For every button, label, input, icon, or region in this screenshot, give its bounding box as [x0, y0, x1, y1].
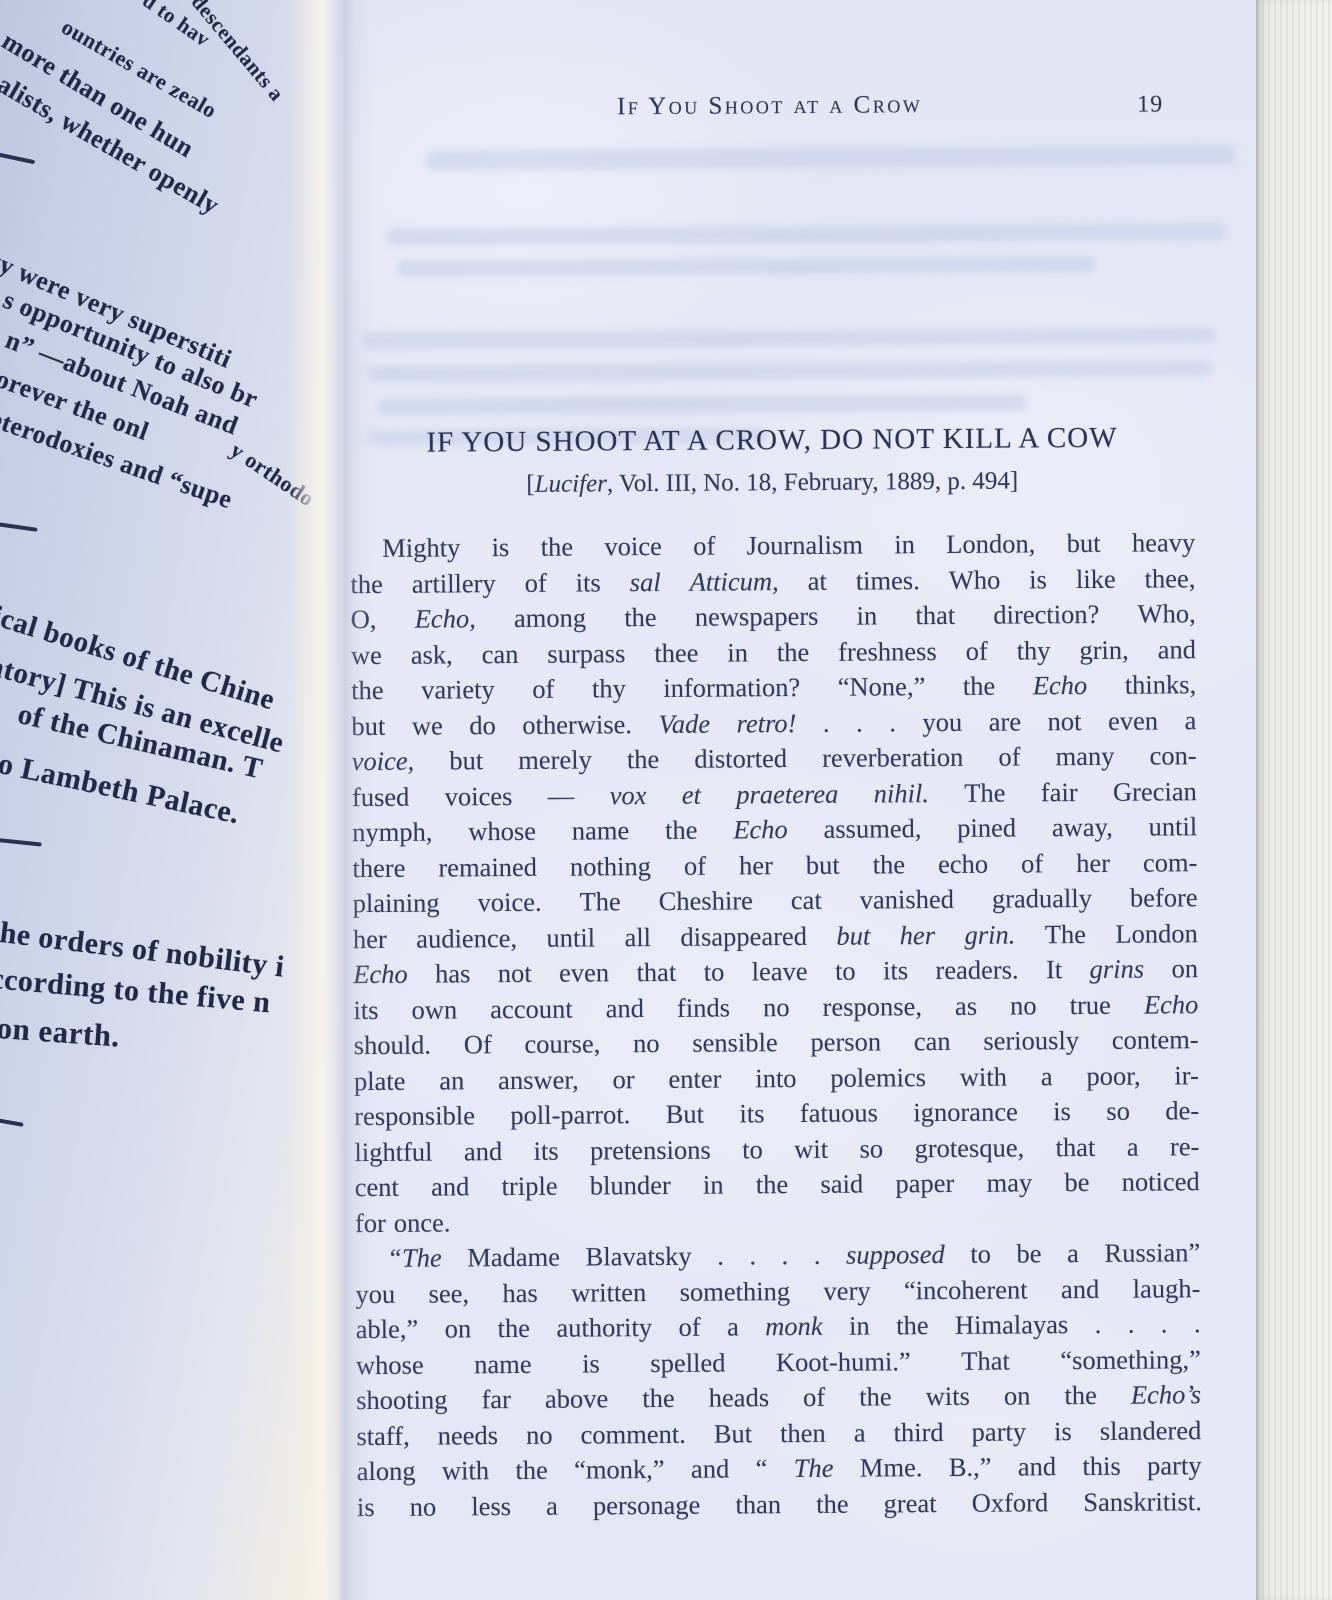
body-line: fusedvoices—voxetpraetereanihil.ThefairG… — [352, 774, 1197, 815]
body-line: weask,cansurpasstheeinthefreshnessofthyg… — [351, 632, 1196, 673]
article-title: IF YOU SHOOT AT A CROW, DO NOT KILL A CO… — [349, 421, 1194, 460]
body-line: foronce. — [355, 1200, 1200, 1241]
body-line: theartilleryofitssalAtticum,attimes.Whoi… — [350, 561, 1195, 602]
article-citation: [Lucifer, Vol. III, No. 18, February, 18… — [350, 466, 1195, 500]
right-page: If You Shoot at a Crow 19 IF YOU SHOOT A… — [340, 0, 1256, 1600]
left-page-rule — [0, 152, 35, 164]
body-line: thereremainednothingofherbuttheechoofher… — [352, 845, 1197, 886]
ghost-line — [377, 394, 1027, 415]
page-number: 19 — [1137, 91, 1163, 118]
body-line: should.Ofcourse,nosensiblepersoncanserio… — [354, 1022, 1199, 1063]
body-line: O,Echo,amongthenewspapersinthatdirection… — [351, 596, 1196, 637]
running-head: If You Shoot at a Crow — [347, 89, 1192, 123]
body-line: voice,butmerelythedistortedreverberation… — [352, 738, 1197, 779]
ghost-line — [367, 360, 1212, 382]
ghost-line — [362, 327, 1217, 349]
left-page-text-fragment: y orthodo — [225, 437, 319, 512]
body-line: butwedootherwise.Vaderetro!...youarenote… — [351, 703, 1196, 744]
body-line: able,”ontheauthorityofamonkintheHimalaya… — [356, 1306, 1201, 1347]
right-page-content: If You Shoot at a Crow 19 IF YOU SHOOT A… — [340, 0, 1256, 1600]
body-line: nymph,whosenametheEchoassumed,pinedaway,… — [352, 809, 1197, 850]
ghost-line — [425, 145, 1235, 171]
book-photo: d to havdescendants aountries are zealom… — [0, 0, 1332, 1600]
body-line: centandtripleblunderinthesaidpapermayben… — [355, 1164, 1200, 1205]
body-line: isnolessapersonagethanthegreatOxfordSans… — [357, 1484, 1202, 1525]
body-line: alongwiththe“monk,”and“TheMme.B.,”andthi… — [357, 1448, 1202, 1489]
ghost-bleed-through — [340, 0, 1250, 3]
body-line: shootingfarabovetheheadsofthewitsontheEc… — [356, 1377, 1201, 1418]
body-line: staff,needsnocomment.Butthenathirdpartyi… — [356, 1413, 1201, 1454]
book-fore-edge — [1256, 0, 1332, 1600]
body-line: “TheMadameBlavatsky....supposedtobeaRuss… — [355, 1235, 1200, 1276]
body-line: lightfulanditspretensionstowitsogrotesqu… — [354, 1129, 1199, 1170]
left-page: d to havdescendants aountries are zealom… — [0, 0, 342, 1600]
ghost-line — [396, 256, 1096, 277]
left-page-rule — [0, 1118, 24, 1127]
left-page-text-fragment: on earth. — [0, 1010, 121, 1055]
ghost-line — [386, 223, 1226, 246]
body-line: whosenameisspelledKoot-humi.”That“someth… — [356, 1342, 1201, 1383]
body-line: heraudience,untilalldisappearedbuthergri… — [353, 916, 1198, 957]
body-line: itsownaccountandfindsnoresponse,asnotrue… — [353, 987, 1198, 1028]
left-page-rule — [0, 522, 38, 532]
body-line: MightyisthevoiceofJournalisminLondon,but… — [350, 525, 1195, 566]
body-line: plateananswer,orenterintopolemicswithapo… — [354, 1058, 1199, 1099]
body-line: thevarietyofthyinformation?“None,”theEch… — [351, 667, 1196, 708]
body-line: yousee,haswrittensomethingvery“incoheren… — [355, 1271, 1200, 1312]
left-page-rule — [0, 838, 42, 847]
body-line: Echohasnoteventhattoleavetoitsreaders.It… — [353, 951, 1198, 992]
body-line: plainingvoice.TheCheshirecatvanishedgrad… — [353, 880, 1198, 921]
body-line: responsiblepoll-parrot.Butitsfatuousigno… — [354, 1093, 1199, 1134]
body-paragraphs: MightyisthevoiceofJournalisminLondon,but… — [350, 525, 1202, 1525]
